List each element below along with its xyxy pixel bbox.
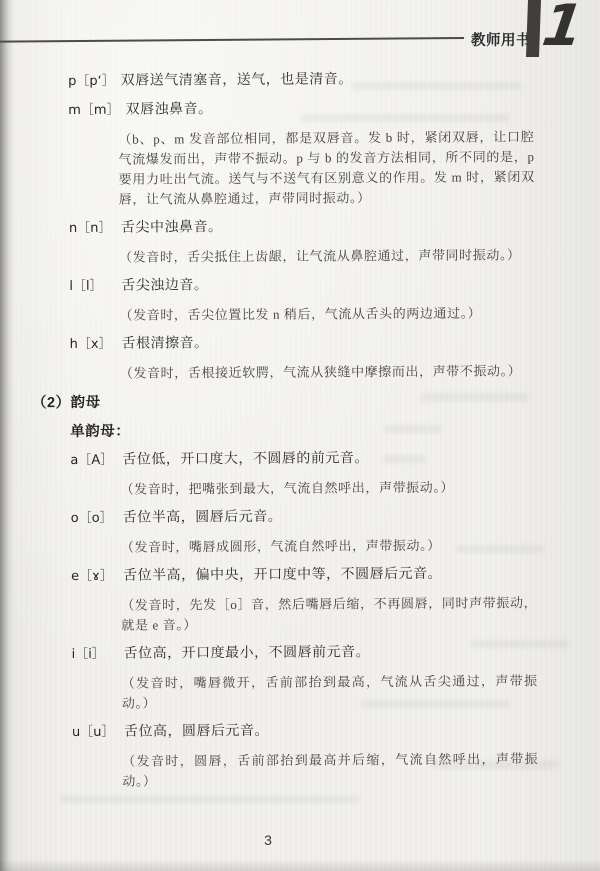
pronunciation-note: （发音时，嘴唇成圆形，气流自然呼出，声带振动。）: [121, 535, 537, 558]
pronunciation-note: （发音时，嘴唇微开，舌前部抬到最高，气流从舌尖通过，声带振动。）: [122, 671, 538, 714]
phoneme-description: 舌根清擦音。: [122, 334, 209, 355]
page-edge-shadow-bottom: [0, 859, 600, 871]
phoneme-entry: o［o］舌位半高，圆唇后元音。: [71, 506, 537, 529]
phoneme-description: 舌尖浊边音。: [121, 276, 208, 297]
chapter-number: 1: [539, 0, 589, 56]
phoneme-entry: n［n］舌尖中浊鼻音。: [69, 216, 535, 239]
phoneme-symbol: l［l］: [69, 277, 115, 297]
phoneme-description: 舌位高，开口度最小，不圆唇前元音。: [123, 643, 370, 665]
phoneme-entry: a［A］舌位低，开口度大，不圆唇的前元音。: [70, 448, 536, 471]
pronunciation-note: （发音时，舌尖抵住上齿龈，让气流从鼻腔通过，声带同时振动。）: [119, 245, 535, 268]
pronunciation-note: （发音时，先发［o］音，然后嘴唇后缩，不再圆唇，同时声带振动，就是 e 音。）: [121, 593, 537, 636]
phoneme-description: 双唇送气清塞音，送气，也是清音。: [121, 70, 353, 91]
phoneme-description: 舌位高，圆唇后元音。: [124, 722, 269, 743]
section-heading: （2）韵母: [32, 390, 536, 413]
pronunciation-note: （b、p、m 发音部位相同，都是双唇音。发 b 时，紧闭双唇，让口腔气流爆发而出…: [118, 127, 534, 210]
phoneme-symbol: n［n］: [69, 219, 115, 239]
phoneme-symbol: i［i］: [72, 645, 118, 665]
subsection-heading: 单韵母：: [70, 419, 536, 442]
phoneme-description: 舌位半高，圆唇后元音。: [123, 508, 283, 529]
phoneme-symbol: u［u］: [72, 723, 118, 743]
pronunciation-note: （发音时，把嘴张到最大，气流自然呼出，声带振动。）: [120, 477, 536, 500]
pronunciation-note: （发音时，舌根接近软腭，气流从狭缝中摩擦而出，声带不振动。）: [120, 361, 536, 384]
page-edge-shadow-left: [0, 0, 14, 871]
phoneme-description: 舌位低，开口度大，不圆唇的前元音。: [122, 449, 369, 471]
phoneme-symbol: o［o］: [71, 509, 117, 529]
phoneme-symbol: h［x］: [70, 335, 116, 355]
phoneme-entry: u［u］舌位高，圆唇后元音。: [72, 720, 538, 743]
phoneme-symbol: m［m］: [68, 101, 119, 121]
phoneme-entry: m［m］双唇浊鼻音。: [68, 98, 534, 121]
pronunciation-note: （发音时，舌尖位置比发 n 稍后，气流从舌头的两边通过。）: [119, 303, 535, 326]
page-number: 3: [254, 832, 282, 848]
phoneme-entry: i［i］舌位高，开口度最小，不圆唇前元音。: [72, 642, 538, 665]
phoneme-entry: e［ɤ］舌位半高，偏中央，开口度中等，不圆唇后元音。: [71, 564, 537, 587]
phoneme-symbol: e［ɤ］: [71, 567, 117, 587]
phoneme-entry: p［p‘］双唇送气清塞音，送气，也是清音。: [68, 69, 534, 92]
pronunciation-note: （发音时，圆唇，舌前部抬到最高并后缩，气流自然呼出，声带振动。）: [122, 749, 538, 792]
phoneme-symbol: p［p‘］: [68, 72, 115, 92]
phoneme-entry: h［x］舌根清擦音。: [70, 332, 536, 355]
phoneme-description: 双唇浊鼻音。: [126, 100, 213, 121]
phoneme-description: 舌位半高，偏中央，开口度中等，不圆唇后元音。: [123, 565, 442, 587]
phoneme-entry: l［l］舌尖浊边音。: [69, 274, 535, 297]
header-book-title: 教师用书: [471, 29, 531, 50]
book-page: 教师用书 1 p［p‘］双唇送气清塞音，送气，也是清音。m［m］双唇浊鼻音。（b…: [0, 0, 600, 871]
phoneme-description: 舌尖中浊鼻音。: [121, 218, 223, 239]
phoneme-symbol: a［A］: [70, 451, 116, 471]
header-rule: [0, 37, 464, 43]
page-content: p［p‘］双唇送气清塞音，送气，也是清音。m［m］双唇浊鼻音。（b、p、m 发音…: [68, 69, 538, 801]
